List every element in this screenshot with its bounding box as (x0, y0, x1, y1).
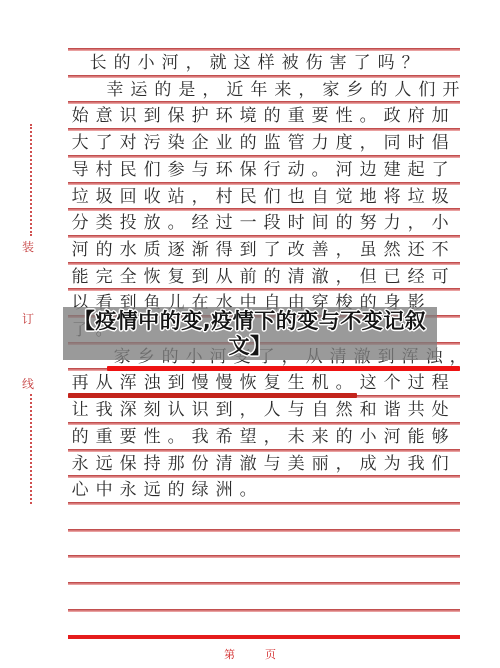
rule-line (68, 609, 460, 612)
page-footer: 第页 (0, 646, 500, 662)
rule-line (68, 582, 460, 585)
essay-row: 长的小河，就这样被伤害了吗？ (68, 51, 490, 75)
rule-line (68, 502, 460, 505)
composition-sheet: 长的小河，就这样被伤害了吗？幸运的是，近年来，家乡的人们开始意识到保护环境的重要… (0, 0, 500, 668)
dark-red-underline-mark (68, 393, 357, 398)
essay-row: 分类投放。经过一段时间的努力，小 (68, 211, 472, 235)
essay-row: 的重要性。我希望，未来的小河能够 (68, 425, 472, 449)
essay-row: 让我深刻认识到，人与自然和谐共处 (68, 398, 472, 422)
essay-row: 河的水质逐渐得到了改善，虽然还不 (68, 238, 472, 262)
binding-char-zhuang: 装 (22, 240, 34, 254)
bottom-rule-line (68, 635, 460, 639)
essay-row: 再从浑浊到慢慢恢复生机。这个过程 (68, 371, 472, 395)
essay-row: 心中永远的绿洲。 (68, 478, 472, 502)
binding-dotted-line-bottom (30, 394, 32, 504)
essay-row: 大了对污染企业的监管力度，同时倡 (68, 131, 472, 155)
caption-title-line2: 文】 (229, 334, 272, 359)
caption-overlay: 【疫情中的变,疫情下的变与不变记叙 文】 (63, 307, 437, 360)
essay-row: 导村民们参与环保行动。河边建起了 (68, 158, 472, 182)
red-underline-mark (107, 366, 460, 371)
rule-line (68, 555, 460, 558)
essay-row: 幸运的是，近年来，家乡的人们开 (68, 78, 500, 102)
essay-row: 始意识到保护环境的重要性。政府加 (68, 104, 472, 128)
footer-page-prefix: 第 (224, 646, 235, 662)
binding-char-xian: 线 (22, 377, 34, 391)
caption-title-line1: 【疫情中的变,疫情下的变与不变记叙 (74, 309, 426, 334)
essay-row: 垃圾回收站，村民们也自觉地将垃圾 (68, 185, 472, 209)
footer-page-suffix: 页 (265, 646, 276, 662)
essay-row: 能完全恢复到从前的清澈，但已经可 (68, 265, 472, 289)
binding-dotted-line-top (30, 124, 32, 236)
binding-char-ding: 订 (22, 312, 34, 326)
rule-line (68, 529, 460, 532)
essay-row: 永远保持那份清澈与美丽，成为我们 (68, 452, 472, 476)
